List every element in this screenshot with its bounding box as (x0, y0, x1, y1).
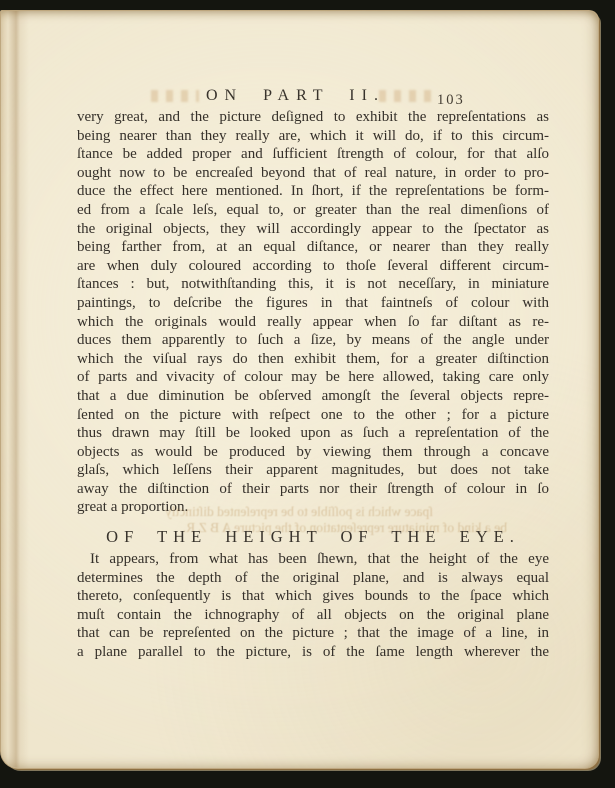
section-heading: OF THE HEIGHT OF THE EYE. (77, 527, 549, 547)
page-number: 103 (437, 92, 465, 109)
text-line: duce the effect here mentioned. In ſhort… (77, 182, 549, 201)
running-title: ON PART II. (206, 87, 385, 105)
text-line: It appears, from what has been ſhewn, th… (77, 550, 549, 569)
text-line: muſt contain the ichnography of all obje… (77, 606, 549, 625)
text-line: which the originals would really appear … (77, 313, 549, 332)
text-line: that can be repreſented on the picture ;… (77, 624, 549, 643)
ink-showthrough-decoration (379, 90, 431, 102)
text-line: a plane parallel to the picture, is of t… (77, 643, 549, 662)
paragraph-2: It appears, from what has been ſhewn, th… (77, 550, 549, 662)
ink-showthrough-decoration (151, 90, 199, 102)
text-line: ſented on the picture with reſpect one t… (77, 406, 549, 425)
text-line: which the viſual rays do then exhibit th… (77, 350, 549, 369)
text-line: very great, and the picture deſigned to … (77, 108, 549, 127)
text-line: being farther from, at an equal diſtance… (77, 238, 549, 257)
text-line: objects as would be produced by viewing … (77, 443, 549, 462)
text-line: away the diſtinction of their parts nor … (77, 480, 549, 499)
text-line: determines the depth of the original pla… (77, 569, 549, 588)
text-line: the original objects, they will accordin… (77, 220, 549, 239)
text-line: thereto, conſequently is that which give… (77, 587, 549, 606)
page-gutter-shade (1, 11, 29, 768)
text-line: being nearer than they really are, which… (77, 127, 549, 146)
scanned-book-photo: ON PART II. 103 very great, and the pict… (0, 0, 615, 788)
text-line: great a proportion. (77, 498, 549, 517)
text-line: are when duly coloured according to thoſ… (77, 257, 549, 276)
text-line: duces them apparently to ſuch a ſize, by… (77, 331, 549, 350)
text-line: ought now to be encreaſed beyond that of… (77, 164, 549, 183)
text-line: paintings, to deſcribe the figures in th… (77, 294, 549, 313)
text-line: ſtances : but, notwithſtanding this, it … (77, 275, 549, 294)
text-line: glaſs, which leſſens their apparent magn… (77, 461, 549, 480)
text-line: thus drawn may ſtill be looked upon as ſ… (77, 424, 549, 443)
book-page: ON PART II. 103 very great, and the pict… (0, 10, 599, 769)
text-line: of parts and vivacity of colour may be h… (77, 368, 549, 387)
text-line: ſtance be added proper and ſufficient ſt… (77, 145, 549, 164)
text-line: ed from a ſcale leſs, equal to, or great… (77, 201, 549, 220)
paragraph-1: very great, and the picture deſigned to … (77, 108, 549, 517)
text-line: that a due diminution be obſerved amongſ… (77, 387, 549, 406)
